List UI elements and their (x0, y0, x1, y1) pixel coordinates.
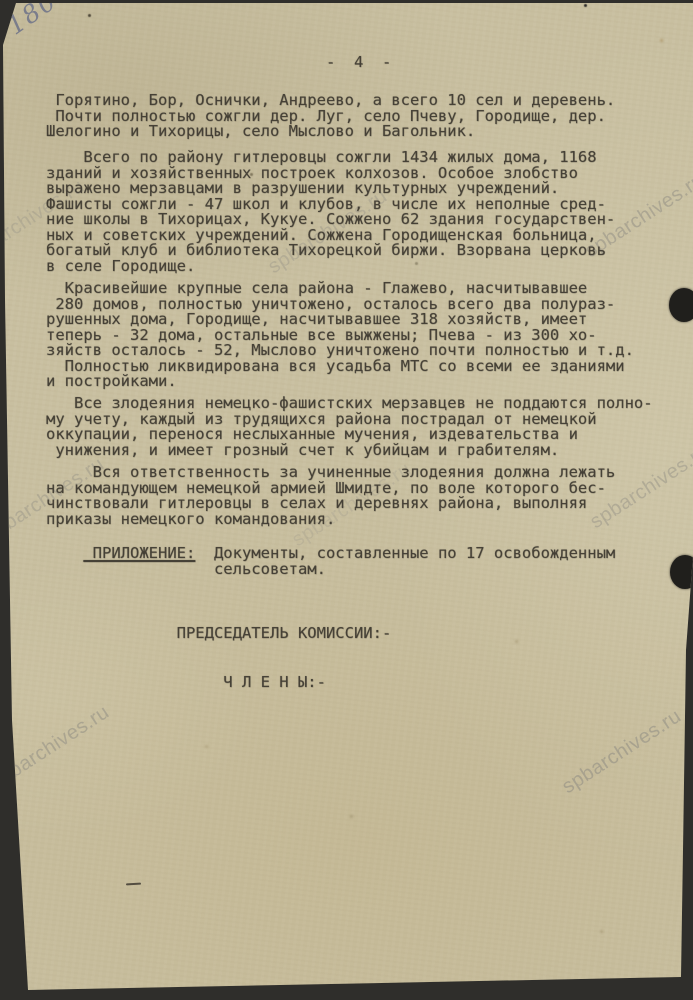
binding-hole (669, 288, 693, 322)
document-page: spbarchives.ruspbarchives.ruspbarchives.… (0, 0, 693, 1000)
binding-hole (670, 555, 693, 589)
paper-stains (0, 0, 3, 3)
binding-holes-layer (0, 0, 693, 1000)
